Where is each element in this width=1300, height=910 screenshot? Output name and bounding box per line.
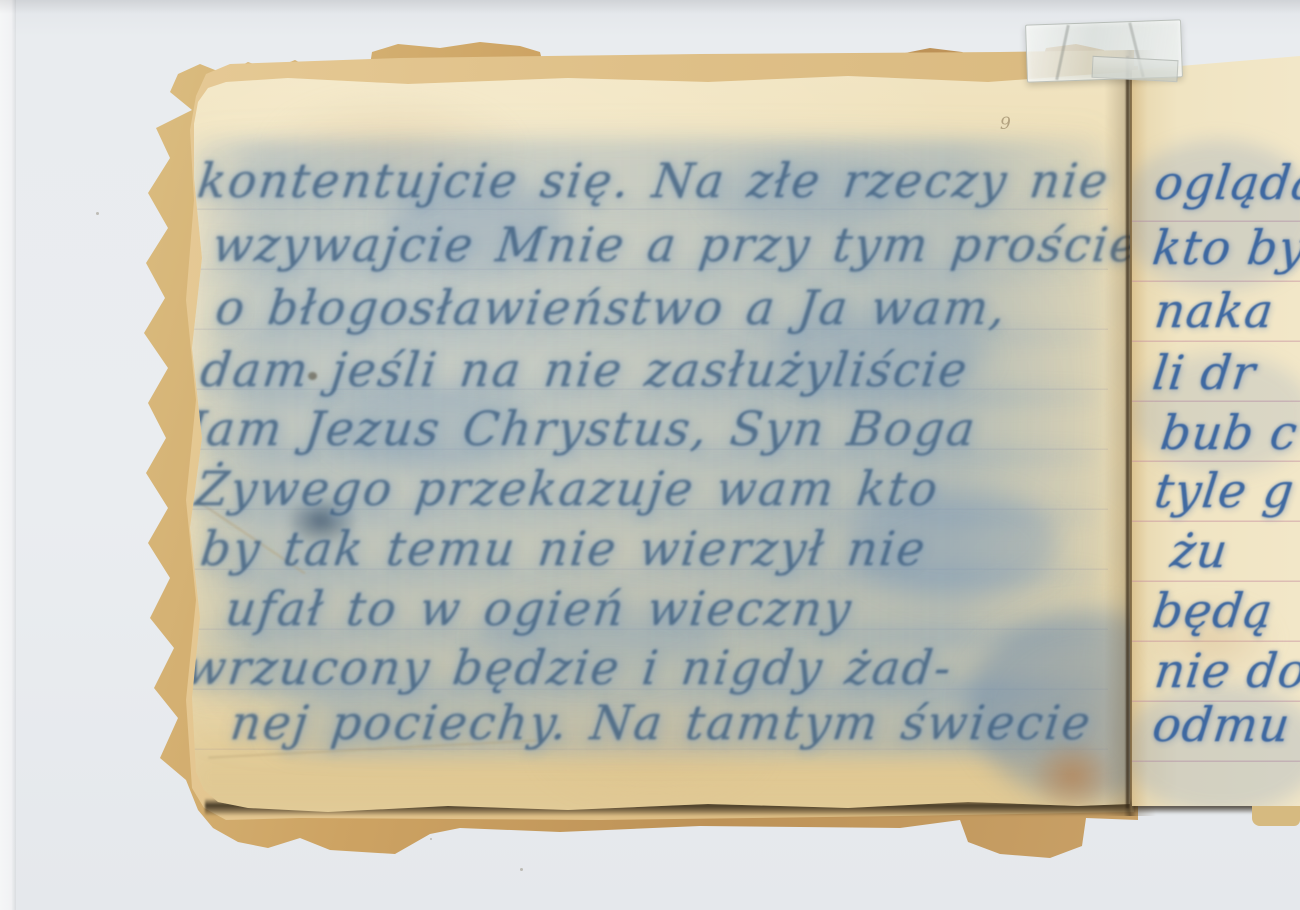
handwritten-line: naka [1152,288,1277,335]
handwritten-line: Jam Jezus Chrystus, Syn Boga [183,406,979,453]
right-page: ogląda kto by naka li dr bub c tyle g żu… [1132,54,1300,806]
scanner-edge-highlight [0,0,16,910]
scanned-notebook-page: 9 kontentujcie się. Na złe rzeczy nie wz… [0,0,1300,910]
handwritten-line: kontentujcie się. Na złe rzeczy nie [195,158,1112,205]
tape-fold-line [1055,25,1070,80]
handwritten-line: nie do [1152,648,1300,695]
handwritten-line: nej pociechy. Na tamtym świecie [228,700,1095,747]
page-number-mark: 9 [1000,114,1011,134]
dust-speck [96,212,99,215]
handwritten-line: ufał to w ogień wieczny [223,586,855,633]
handwritten-line: bub c [1158,410,1300,457]
handwritten-line: Żywego przekazuje wam kto [193,466,942,513]
handwritten-line: wzywajcie Mnie a przy tym proście [210,222,1130,269]
left-page: 9 kontentujcie się. Na złe rzeczy nie wz… [148,58,1130,820]
dust-speck [430,838,432,840]
handwritten-line: li dr [1150,350,1258,397]
handwritten-line: odmu [1150,702,1293,749]
handwritten-line: będą [1150,588,1276,635]
scanner-top-shadow [0,0,1300,14]
dust-speck [520,868,523,871]
handwritten-line: by tak temu nie wierzył nie [198,526,929,573]
handwritten-line: ogląda [1152,160,1300,207]
handwritten-line: o błogosławieństwo a Ja wam, [213,285,1010,332]
handwritten-line: wrzucony będzie i nigdy żad- [183,645,955,692]
page-gutter-fold [1126,56,1129,808]
handwritten-line: kto by [1150,225,1300,272]
handwritten-line: tyle g [1152,468,1297,515]
handwritten-line: żu [1168,528,1231,575]
adhesive-tape-flap [1091,56,1178,82]
torn-paper-tab [1252,806,1300,826]
handwritten-line: dam jeśli na nie zasłużyliście [198,347,971,394]
